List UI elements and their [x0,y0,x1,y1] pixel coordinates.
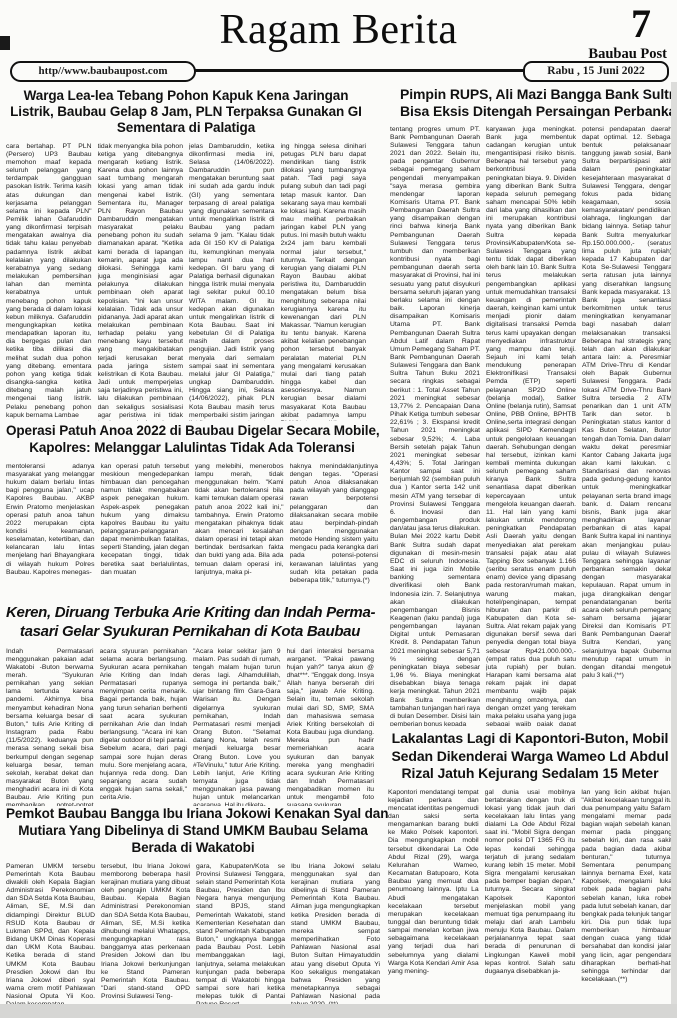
body-column: Kapontori mendatangi tempat kejadian per… [388,789,479,1001]
article-arie-kriting-syukuran: Keren, Diruang Terbuka Arie Kriting dan … [6,604,374,806]
article-headline: Operasi Patuh Anoa 2022 di Baubau Digela… [6,423,378,457]
body-column: tersebut, Ibu Iriana Jokowi memborong be… [101,863,190,1008]
body-column: karyawan juga meningkat. Bank juga membe… [486,126,576,726]
body-column: yang melebihi, menerobos lampu merah, ti… [195,463,284,615]
article-body: Indah Permatasari menggunakan pakaian ad… [6,648,374,806]
section-title: Ragam Berita [0,6,677,54]
body-column: haknya menindaklanjutinya dengan tegas. … [290,463,379,615]
article-headline: Keren, Diruang Terbuka Arie Kriting dan … [6,604,374,642]
headline-line: Operasi Patuh Anoa 2022 di Baubau Digela… [6,423,378,440]
body-column: lan yang licin akibat hujan. "Akibat kec… [581,789,672,1001]
article-lakalantas-kapontori: Lakalantas Lagi di Kapontori-Buton, Mobi… [388,730,672,1001]
body-column: acara styuuran pernikahan selama acara b… [100,648,188,806]
article-pemkot-umkm-iriana: Pemkot Baubau Bangga Ibu Iriana Jokowi K… [6,806,380,1008]
headline-line: Keren, Diruang Terbuka Arie Kriting dan … [6,604,374,623]
scan-edge-band [671,82,677,1004]
headline-line: Bisa Eksis Ditengah Persaingan Perbankan [400,103,672,120]
article-operasi-patuh-anoa: Operasi Patuh Anoa 2022 di Baubau Digela… [6,423,378,615]
headline-line: Warga Lea-lea Tebang Pohon Kapuk Kena Ja… [6,88,366,104]
headline-line: Mutiara Yang Dibelinya di Stand UMKM Bau… [6,823,380,840]
body-column: tentang progres umum PT. Bank Pembanguna… [390,126,480,726]
headline-line: Sedan Dikenderai Warga Wameo Ld Abdul [388,748,672,766]
body-column: gal dunia usai mobilnya bertabrakan deng… [485,789,576,1001]
body-column: hui dari interaksi bersama warganet. "Pa… [287,648,375,806]
body-column: gara, Kabupaten/Kota se Provinsi Sulawes… [196,863,285,1008]
body-column: Indah Permatasari menggunakan pakaian ad… [6,648,94,806]
article-bank-sultra-rups: Pimpin RUPS, Ali Mazi Bangga Bank Sultra… [390,86,672,726]
body-column: cara bertahap. PT PLN (Persero) UP3 Baub… [6,143,92,421]
headline-line: Lakalantas Lagi di Kapontori-Buton, Mobi… [388,730,672,748]
body-column: tidak menyangka bila pohon ketiga yang d… [98,143,184,421]
headline-line: tasari Gelar Syukuran Pernikahan di Kota… [6,623,374,642]
body-column: ing hingga selesa dinihari petugas PLN b… [281,143,367,421]
headline-line: Listrik, Baubau Gelap 8 Jam, PLN Terpaks… [6,104,366,120]
body-column: Ibu Iriana Jokowi selalu menggunakan sya… [291,863,380,1008]
headline-line: Rizal Jatuh Kejurang Sedalam 15 Meter [388,765,672,783]
body-column: jelas Dambaruddin, ketika dikonfirmasi m… [189,143,275,421]
headline-line: Berada di Wakatobi [6,840,380,857]
article-body: Kapontori mendatangi tempat kejadian per… [388,789,672,1001]
headline-line: Kapolres: Melanggar Lalulintas Tidak Ada… [6,440,378,457]
article-headline: Warga Lea-lea Tebang Pohon Kapuk Kena Ja… [6,88,366,137]
body-column: mentoleransi adanya masyarakat yang mela… [6,463,95,615]
article-body: cara bertahap. PT PLN (Persero) UP3 Baub… [6,143,366,421]
article-body: mentoleransi adanya masyarakat yang mela… [6,463,378,615]
newspaper-page: Ragam Berita 7 Baubau Post http//www.bau… [0,0,677,1018]
page-number: 7 [631,4,651,44]
article-body: tentang progres umum PT. Bank Pembanguna… [390,126,672,726]
website-url: http//www.baubaupost.com [10,61,196,82]
article-headline: Pemkot Baubau Bangga Ibu Iriana Jokowi K… [6,806,380,857]
headline-line: Pemkot Baubau Bangga Ibu Iriana Jokowi K… [6,806,380,823]
body-column: kan operasi patuh tersebut meskioun meng… [101,463,190,615]
headline-line: Pimpin RUPS, Ali Mazi Bangga Bank Sultra [400,86,672,103]
body-column: Pameran UMKM tersebu Pemerintah Kota Bau… [6,863,95,1008]
body-column: "Acara kelar sekitar jam 9 malam. Pas su… [193,648,281,806]
masthead-rule [194,69,526,72]
scan-footer-band [0,1004,677,1018]
article-headline: Lakalantas Lagi di Kapontori-Buton, Mobi… [388,730,672,783]
article-pln-pohon-kapuk: Warga Lea-lea Tebang Pohon Kapuk Kena Ja… [6,88,366,421]
body-column: potensi pendapatan daerah dapat optimal.… [582,126,672,726]
article-headline: Pimpin RUPS, Ali Mazi Bangga Bank Sultra… [390,86,672,120]
headline-line: Sementara di Palatiga [6,120,366,136]
article-body: Pameran UMKM tersebu Pemerintah Kota Bau… [6,863,380,1008]
edition-date: Rabu , 15 Juni 2022 [523,61,669,82]
